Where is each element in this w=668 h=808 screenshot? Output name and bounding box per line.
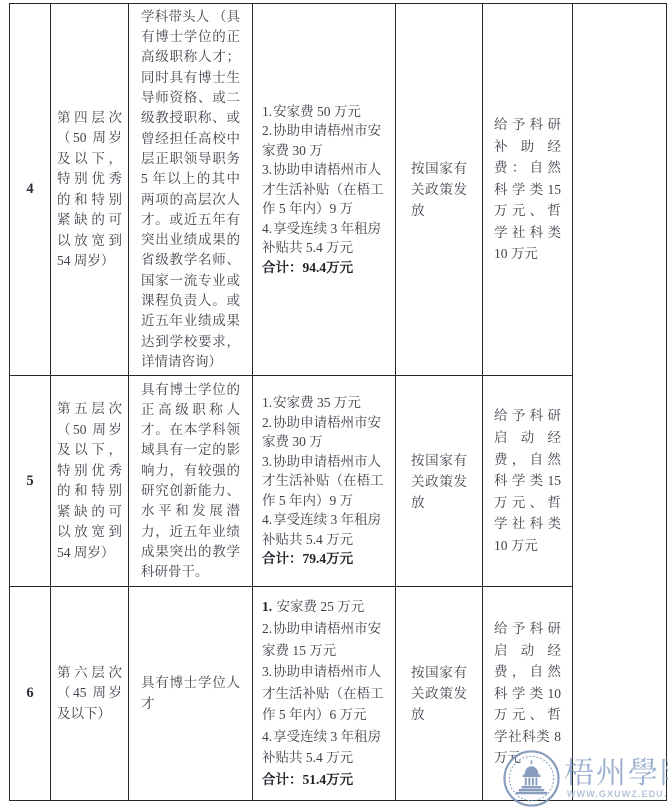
qualification-cell: 具有博士学位人才 [129, 587, 253, 801]
policy-cell: 按国家有关政策发放 [396, 587, 483, 801]
benefit-item: 4.享受连续 3 年租房补贴共 5.4 万元 [262, 510, 386, 549]
row-number-cell: 6 [10, 587, 51, 801]
benefits-cell: 1.安家费 50 万元2.协助申请梧州市安家费 30 万3.协助申请梧州市人才生… [253, 4, 396, 376]
research-fund-cell: 给予科研补助经费：自然科学类15万元、哲学社科类 10 万元 [483, 4, 573, 376]
benefit-item: 4.享受连续 3 年租房补贴共 5.4 万元 [262, 219, 386, 258]
benefit-item: 4.享受连续 3 年租房补贴共 5.4 万元 [262, 726, 386, 769]
row-number-cell: 4 [10, 4, 51, 376]
benefit-item-number: 1. [262, 395, 272, 410]
talent-level-cell: 第六层次（45 周岁及以下） [51, 587, 129, 801]
qualification-cell: 学科带头人 （具有博士学位的正高级职称人才；同时具有博士生导师资格、或二级教授职… [129, 4, 253, 376]
benefit-item: 2.协助申请梧州市安家费 30 万 [262, 121, 386, 160]
talent-policy-table: 4 第四层次（50 周岁及以下，特别优秀的和特别紧缺的可以放宽到 54 周岁） … [9, 3, 667, 801]
table-row: 4 第四层次（50 周岁及以下，特别优秀的和特别紧缺的可以放宽到 54 周岁） … [10, 4, 667, 376]
benefit-item-number: 4. [262, 512, 272, 527]
benefits-total: 合计：79.4万元 [262, 549, 386, 569]
benefit-item: 1.安家费 35 万元 [262, 393, 386, 413]
benefit-item-number: 2. [262, 123, 272, 138]
benefit-item-number: 2. [262, 621, 272, 636]
benefit-item: 3.协助申请梧州市人才生活补贴（在梧工作 5 年内）6 万元 [262, 661, 386, 726]
document-page: 4 第四层次（50 周岁及以下，特别优秀的和特别紧缺的可以放宽到 54 周岁） … [0, 0, 668, 808]
benefit-item-number: 4. [262, 221, 272, 236]
row-number-cell: 5 [10, 376, 51, 587]
benefit-item: 1. 安家费 25 万元 [262, 596, 386, 618]
table-row: 5 第五层次（50 周岁及以下，特别优秀的和特别紧缺的可以放宽到 54 周岁） … [10, 376, 667, 587]
policy-cell: 按国家有关政策发放 [396, 376, 483, 587]
benefit-item: 2.协助申请梧州市安家费 30 万 [262, 413, 386, 452]
benefit-item: 3.协助申请梧州市人才生活补贴（在梧工作 5 年内）9 万 [262, 452, 386, 511]
table-row: 6 第六层次（45 周岁及以下） 具有博士学位人才 1. 安家费 25 万元2.… [10, 587, 667, 801]
talent-level-cell: 第五层次（50 周岁及以下，特别优秀的和特别紧缺的可以放宽到 54 周岁） [51, 376, 129, 587]
qualification-cell: 具有博士学位的正高级职称人才。在本学科领域具有一定的影响力，有较强的研究创新能力… [129, 376, 253, 587]
policy-cell: 按国家有关政策发放 [396, 4, 483, 376]
benefit-item-number: 4. [262, 729, 272, 744]
benefit-item: 1.安家费 50 万元 [262, 102, 386, 122]
research-fund-cell: 给予科研启动经费，自然科学类15万元、哲学社科类 10 万元 [483, 376, 573, 587]
benefit-item-number: 1. [262, 104, 272, 119]
benefits-total: 合计：51.4万元 [262, 769, 386, 791]
talent-table-body: 4 第四层次（50 周岁及以下，特别优秀的和特别紧缺的可以放宽到 54 周岁） … [10, 4, 667, 801]
empty-remarks-cell [573, 4, 667, 801]
benefit-item-number: 3. [262, 454, 272, 469]
research-fund-cell: 给予科研启动经费，自然科学类10万元、哲学社科类 8 万元 [483, 587, 573, 801]
benefit-item-number: 1. [262, 599, 272, 614]
benefit-item: 2.协助申请梧州市安家费 15 万元 [262, 618, 386, 661]
benefits-cell: 1. 安家费 25 万元2.协助申请梧州市安家费 15 万元3.协助申请梧州市人… [253, 587, 396, 801]
benefit-item-number: 2. [262, 415, 272, 430]
benefits-cell: 1.安家费 35 万元2.协助申请梧州市安家费 30 万3.协助申请梧州市人才生… [253, 376, 396, 587]
benefit-item-number: 3. [262, 664, 272, 679]
benefits-total: 合计：94.4万元 [262, 258, 386, 278]
benefit-item: 3.协助申请梧州市人才生活补贴（在梧工作 5 年内）9 万 [262, 160, 386, 219]
talent-level-cell: 第四层次（50 周岁及以下，特别优秀的和特别紧缺的可以放宽到 54 周岁） [51, 4, 129, 376]
benefit-item-number: 3. [262, 162, 272, 177]
